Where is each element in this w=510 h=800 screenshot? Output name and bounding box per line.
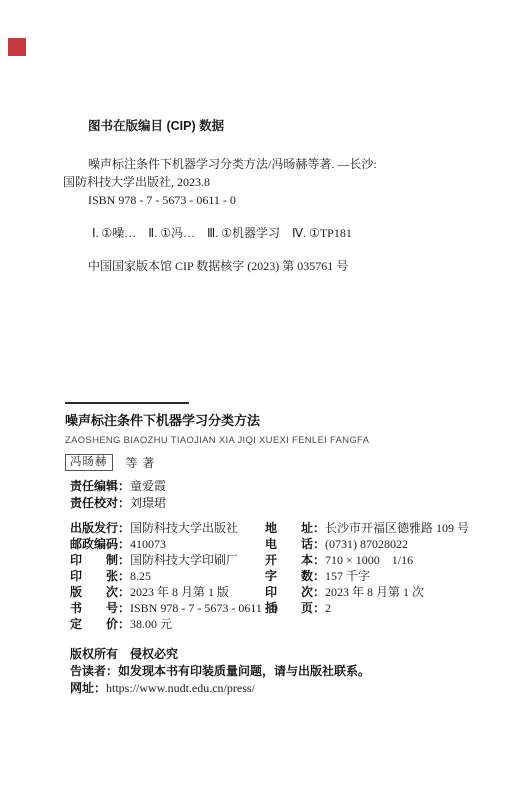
red-square-marker — [8, 38, 26, 56]
row-left-value: 410073 — [130, 536, 166, 552]
publication-rows: 出版发行：国防科技大学出版社 地 址：长沙市开福区德雅路 109 号 邮政编码：… — [70, 520, 470, 632]
staff-row: 责任校对： 刘璟珺 — [70, 495, 470, 512]
row-right-label: 地 址： — [265, 520, 325, 536]
colophon-block: 责任编辑： 童爱霞 责任校对： 刘璟珺 出版发行：国防科技大学出版社 地 址：长… — [70, 478, 470, 632]
cip-classification-line: Ⅰ. ①噪… Ⅱ. ①冯… Ⅲ. ①机器学习 Ⅳ. ①TP181 — [63, 224, 459, 242]
colophon-row: 出版发行：国防科技大学出版社 地 址：长沙市开福区德雅路 109 号 — [70, 520, 470, 536]
staff-label: 责任校对： — [70, 495, 130, 512]
colophon-row: 定 价：38.00 元 — [70, 616, 470, 632]
website-url: https://www.nudt.edu.cn/press/ — [106, 681, 255, 695]
title-block: 噪声标注条件下机器学习分类方法 ZAOSHENG BIAOZHU TIAOJIA… — [65, 402, 369, 471]
title-rule — [65, 402, 189, 404]
row-left-value: 2023 年 8 月第 1 版 — [130, 584, 229, 600]
row-right-label: 开 本： — [265, 552, 325, 568]
book-title: 噪声标注条件下机器学习分类方法 — [65, 413, 369, 428]
cip-isbn-line: ISBN 978 - 7 - 5673 - 0611 - 0 — [63, 191, 459, 209]
website-label: 网址： — [70, 681, 106, 695]
row-left-value: 国防科技大学出版社 — [130, 520, 238, 536]
row-left-value: 8.25 — [130, 568, 151, 584]
staff-row: 责任编辑： 童爱霞 — [70, 478, 470, 495]
quality-notice: 告读者：如发现本书有印装质量问题，请与出版社联系。 — [70, 663, 370, 680]
footer-block: 版权所有 侵权必究 告读者：如发现本书有印装质量问题，请与出版社联系。 网址：h… — [70, 646, 370, 697]
author-name-box: 冯旸赫 — [65, 454, 113, 471]
row-right-value: 2023 年 8 月第 1 次 — [325, 584, 424, 600]
cip-entry-line2: 国防科技大学出版社, 2023.8 — [63, 173, 459, 191]
staff-value: 刘璟珺 — [130, 495, 166, 512]
website-line: 网址：https://www.nudt.edu.cn/press/ — [70, 680, 370, 697]
colophon-row: 印 制：国防科技大学印刷厂 开 本：710 × 1000 1/16 — [70, 552, 470, 568]
row-left-label: 版 次： — [70, 584, 130, 600]
row-right-label: 插 页： — [265, 600, 325, 616]
row-left-label: 邮政编码： — [70, 536, 130, 552]
colophon-row: 印 张：8.25 字 数：157 千字 — [70, 568, 470, 584]
row-left-value: 国防科技大学印刷厂 — [130, 552, 238, 568]
row-right-value: 2 — [325, 600, 331, 616]
row-left-label: 印 张： — [70, 568, 130, 584]
row-right-value: 长沙市开福区德雅路 109 号 — [325, 520, 469, 536]
colophon-row: 版 次：2023 年 8 月第 1 版 印 次：2023 年 8 月第 1 次 — [70, 584, 470, 600]
row-right-value: 710 × 1000 1/16 — [325, 552, 413, 568]
book-copyright-page: 图书在版编目 (CIP) 数据 噪声标注条件下机器学习分类方法/冯旸赫等著. —… — [0, 0, 510, 800]
row-right-label: 电 话： — [265, 536, 325, 552]
row-right-value: 157 千字 — [325, 568, 370, 584]
cip-record-line: 中国国家版本馆 CIP 数据核字 (2023) 第 035761 号 — [63, 257, 459, 275]
staff-rows: 责任编辑： 童爱霞 责任校对： 刘璟珺 — [70, 478, 470, 512]
book-title-pinyin: ZAOSHENG BIAOZHU TIAOJIAN XIA JIQI XUEXI… — [65, 435, 369, 446]
row-left-value: 38.00 元 — [130, 616, 172, 632]
colophon-row: 书 号：ISBN 978 - 7 - 5673 - 0611 - 0 插 页：2 — [70, 600, 470, 616]
colophon-row: 邮政编码：410073 电 话：(0731) 87028022 — [70, 536, 470, 552]
row-right-value: (0731) 87028022 — [325, 536, 408, 552]
cip-entry-line1: 噪声标注条件下机器学习分类方法/冯旸赫等著. —长沙: — [63, 155, 459, 173]
row-left-value: ISBN 978 - 7 - 5673 - 0611 - 0 — [130, 600, 278, 616]
cip-entry: 噪声标注条件下机器学习分类方法/冯旸赫等著. —长沙: 国防科技大学出版社, 2… — [63, 155, 459, 209]
cip-heading: 图书在版编目 (CIP) 数据 — [63, 117, 459, 135]
row-right-label: 字 数： — [265, 568, 325, 584]
row-left-label: 定 价： — [70, 616, 130, 632]
staff-value: 童爱霞 — [130, 478, 166, 495]
copyright-notice: 版权所有 侵权必究 — [70, 646, 370, 663]
row-left-label: 书 号： — [70, 600, 130, 616]
cip-block: 图书在版编目 (CIP) 数据 噪声标注条件下机器学习分类方法/冯旸赫等著. —… — [63, 117, 459, 275]
author-suffix: 等著 — [126, 454, 160, 471]
row-left-label: 印 制： — [70, 552, 130, 568]
row-right-label: 印 次： — [265, 584, 325, 600]
author-row: 冯旸赫 等著 — [65, 454, 369, 471]
row-left-label: 出版发行： — [70, 520, 130, 536]
staff-label: 责任编辑： — [70, 478, 130, 495]
